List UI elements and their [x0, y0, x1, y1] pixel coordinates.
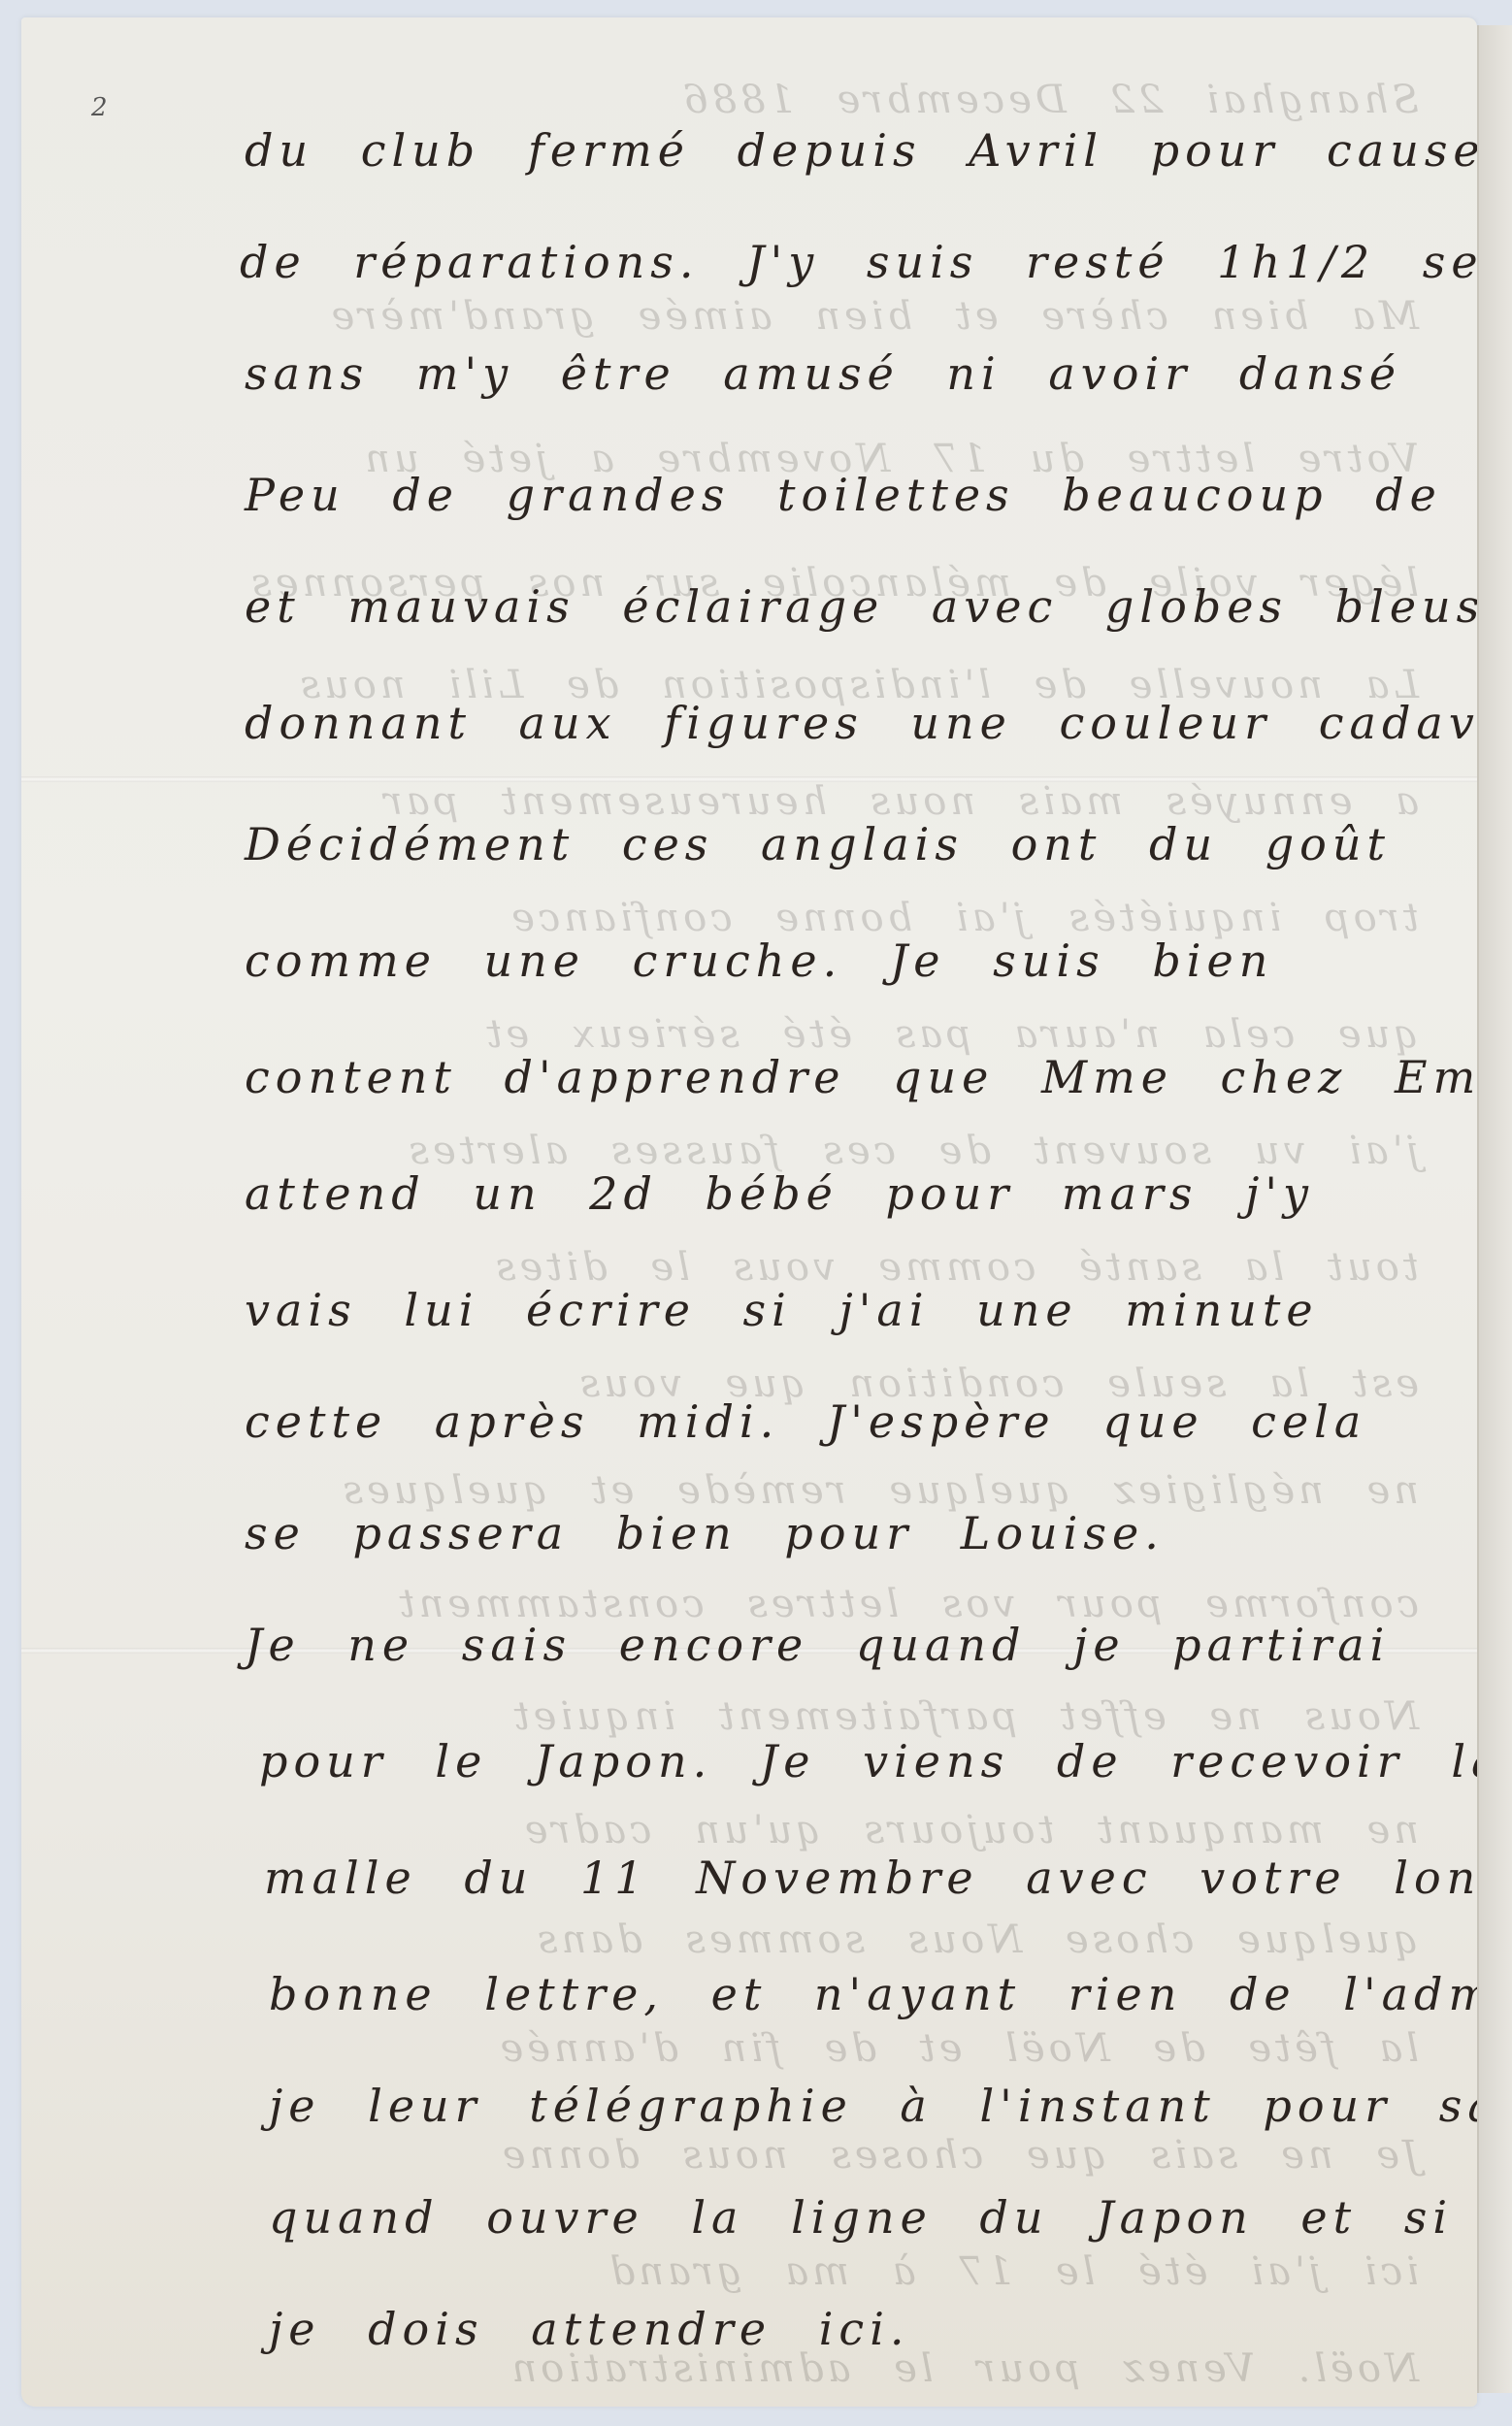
- bleed-line: Ma bien chère et bien aimée grand'mère: [80, 294, 1419, 339]
- letter-page: 2 Shanghai 22 Decembre 1886 Ma bien chèr…: [21, 17, 1477, 2407]
- letter-line: se passera bien pour Louise.: [245, 1507, 1399, 1559]
- letter-line: comme une cruche. Je suis bien: [245, 934, 1399, 987]
- bleed-line: quelque chose Nous sommes dans: [80, 1918, 1419, 1962]
- bleed-line: ne manquant toujours qu'un cadre: [80, 1808, 1419, 1852]
- letter-line: sans m'y être amusé ni avoir dansé: [245, 347, 1399, 400]
- letter-line: je dois attendre ici.: [269, 2303, 1399, 2355]
- adjacent-page-edge: [1477, 25, 1512, 2393]
- bleed-line: la fête de Noël et de fin d'année: [80, 2026, 1419, 2071]
- letter-line: pour le Japon. Je viens de recevoir la: [259, 1735, 1399, 1787]
- letter-line: vais lui écrire si j'ai une minute: [245, 1284, 1399, 1336]
- letter-line: donnant aux figures une couleur cadavére…: [245, 697, 1399, 749]
- letter-line: je leur télégraphie à l'instant pour sav…: [269, 2080, 1399, 2132]
- letter-line: bonne lettre, et n'ayant rien de l'admin…: [269, 1968, 1399, 2020]
- letter-line: Peu de grandes toilettes beaucoup de noi…: [245, 469, 1399, 521]
- bleed-line: Je ne sais que choses nous donne: [80, 2133, 1419, 2178]
- bleed-header: Shanghai 22 Decembre 1886: [526, 78, 1419, 122]
- letter-line: attend un 2d bébé pour mars j'y: [245, 1167, 1399, 1220]
- letter-line: Je ne sais encore quand je partirai: [245, 1619, 1399, 1671]
- bleed-line: ici j'ai été le 17 à ma grand: [80, 2249, 1419, 2294]
- letter-line: quand ouvre la ligne du Japon et si: [269, 2191, 1399, 2244]
- letter-line: du club fermé depuis Avril pour cause: [245, 124, 1399, 177]
- bleed-line: Nous ne effet parfaitement inquiet: [80, 1694, 1419, 1739]
- letter-line: Décidément ces anglais ont du goût: [245, 818, 1399, 870]
- letter-line: content d'apprendre que Mme chez Emil: [245, 1051, 1399, 1103]
- letter-line: malle du 11 Novembre avec votre longue e…: [264, 1852, 1399, 1904]
- letter-line: de réparations. J'y suis resté 1h1/2 seu…: [240, 236, 1399, 288]
- page-number: 2: [91, 93, 108, 122]
- letter-line: et mauvais éclairage avec globes bleus: [245, 580, 1399, 633]
- letter-line: cette après midi. J'espère que cela: [245, 1395, 1399, 1448]
